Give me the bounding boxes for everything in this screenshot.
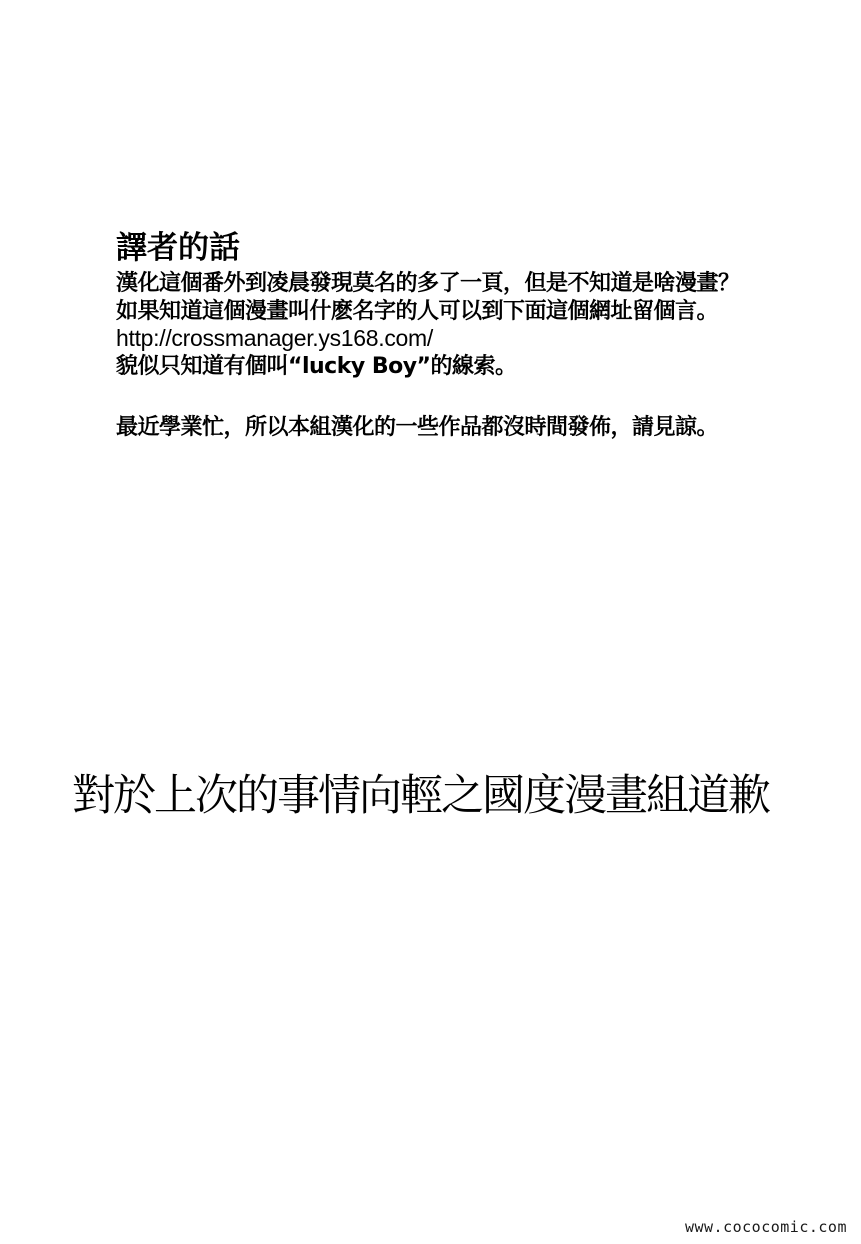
note-line-1: 漢化這個番外到凌晨發現莫名的多了一頁，但是不知道是啥漫畫？ [116,270,740,298]
note-url-link: http://crossmanager.ys168.com/ [116,325,740,353]
apology-heading: 對於上次的事情向輕之國度漫畫組道歉 [72,770,769,822]
note-line-2: 如果知道這個漫畫叫什麽名字的人可以到下面這個網址留個言。 [116,298,740,326]
note-line-4: 貌似只知道有個叫“lucky Boy”的線索。 [116,353,740,381]
translator-note: 譯者的話 漢化這個番外到凌晨發現莫名的多了一頁，但是不知道是啥漫畫？ 如果知道這… [116,228,740,442]
translator-note-title: 譯者的話 [116,228,740,270]
note-spacer [116,380,740,414]
site-watermark: www.cococomic.com [685,1218,847,1236]
note-closing-line: 最近學業忙，所以本組漢化的一些作品都沒時間發佈，請見諒。 [116,414,740,442]
